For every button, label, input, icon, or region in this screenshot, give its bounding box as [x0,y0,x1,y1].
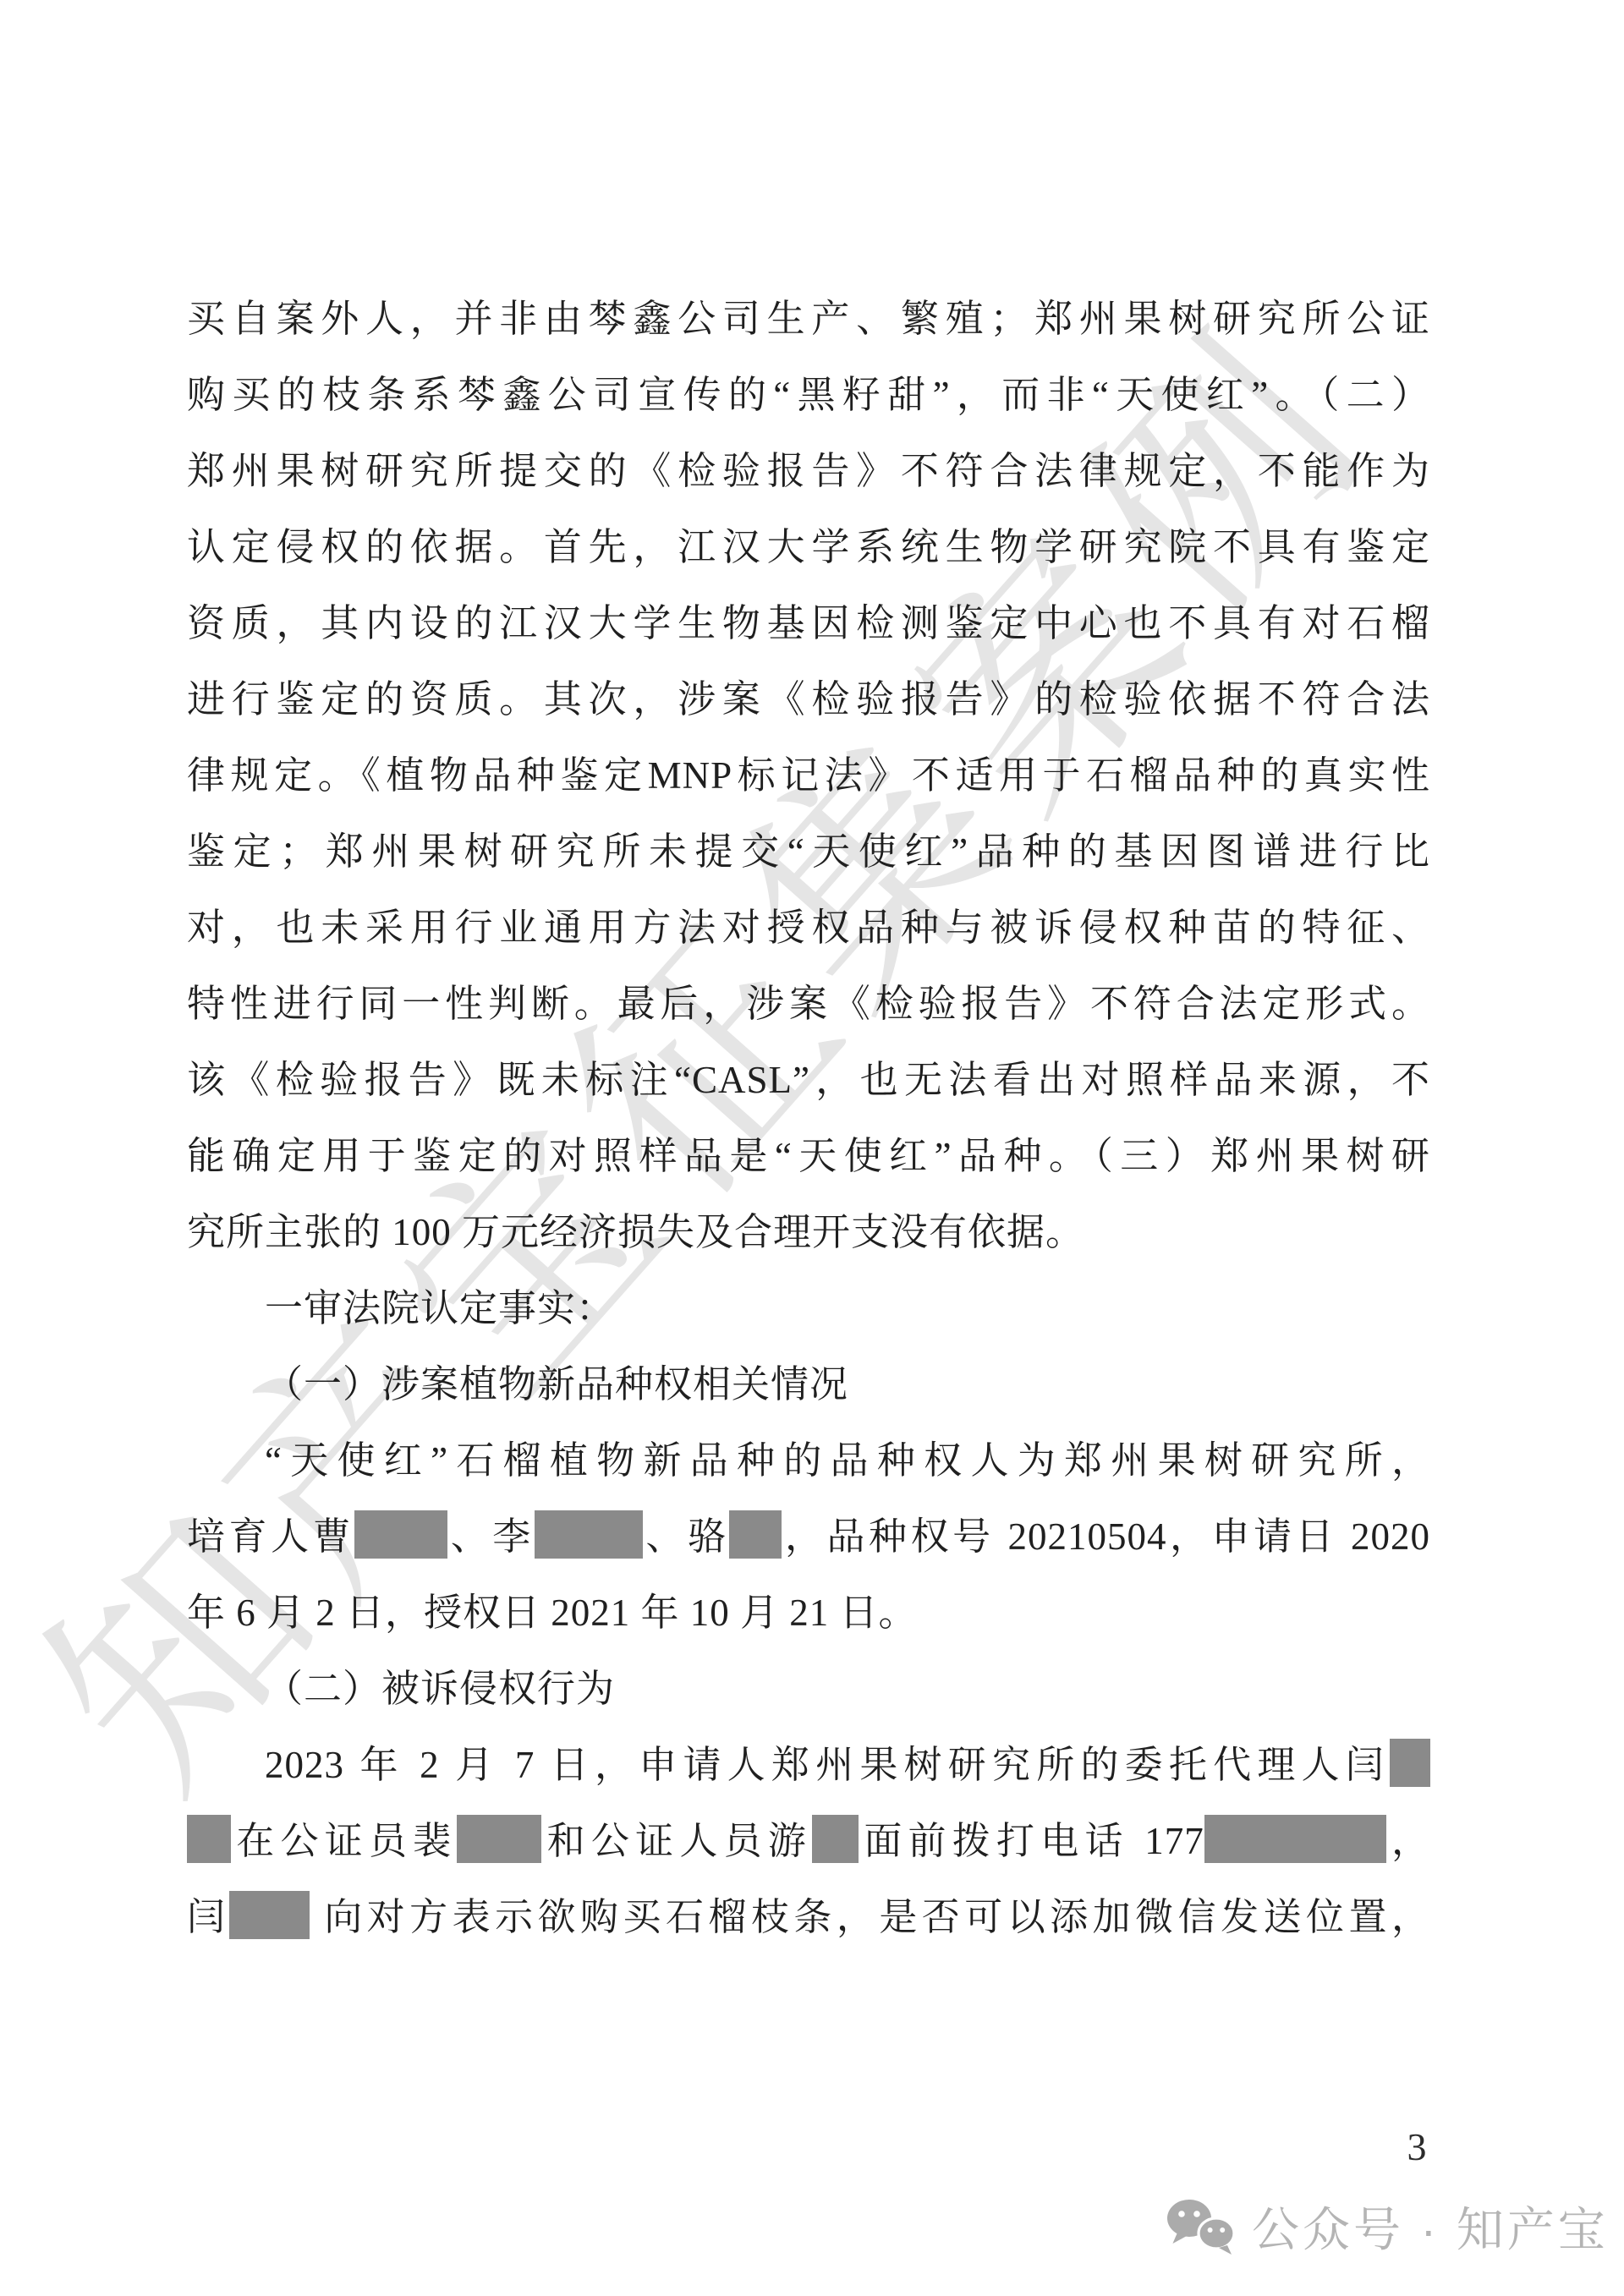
text-line: 年 6 月 2 日，授权日 2021 年 10 月 21 日。 [187,1575,1430,1651]
text-segment: ， [1386,1820,1430,1862]
redaction-box [812,1815,859,1863]
text-segment: 年 6 月 2 日，授权日 2021 年 10 月 21 日。 [187,1592,918,1634]
document-page: 知产宝征集案例 买自案外人，并非由棽鑫公司生产、繁殖；郑州果树研究所公证购买的枝… [0,0,1624,2296]
text-segment: 面前拨打电话 177 [859,1820,1204,1862]
text-segment: 、骆 [643,1515,730,1558]
text-line: 律规定。《植物品种鉴定MNP标记法》不适用于石榴品种的真实性 [187,737,1430,814]
redaction-box [187,1815,231,1863]
redaction-box [1204,1815,1386,1863]
text-segment: 究所主张的 100 万元经济损失及合理开支没有依据。 [187,1211,1084,1253]
text-segment: 该《检验报告》既未标注“CASL”，也无法看出对照样品来源，不 [187,1059,1430,1101]
text-segment: 在公证员裴 [231,1820,457,1862]
text-segment: 能确定用于鉴定的对照样品是“天使红”品种。（三）郑州果树研 [187,1135,1430,1177]
text-line: 郑州果树研究所提交的《检验报告》不符合法律规定，不能作为 [187,433,1430,509]
text-line: 2023 年 2 月 7 日，申请人郑州果树研究所的委托代理人闫 [187,1727,1430,1803]
text-segment: （一）涉案植物新品种权相关情况 [265,1363,848,1406]
footer-brand: 公众号 · 知产宝 [1166,2192,1609,2261]
text-segment: 对，也未采用行业通用方法对授权品种与被诉侵权种苗的特征、 [187,907,1430,949]
text-line: 对，也未采用行业通用方法对授权品种与被诉侵权种苗的特征、 [187,890,1430,966]
text-segment: “天使红”石榴植物新品种的品种权人为郑州果树研究所， [265,1439,1430,1482]
text-line: 购买的枝条系棽鑫公司宣传的“黑籽甜”，而非“天使红”。（二） [187,357,1430,433]
text-line: 闫 向对方表示欲购买石榴枝条，是否可以添加微信发送位置， [187,1879,1430,1955]
text-line: （二）被诉侵权行为 [187,1651,1430,1727]
redaction-box [1390,1739,1430,1787]
text-segment: （二）被诉侵权行为 [265,1668,615,1710]
text-line: “天使红”石榴植物新品种的品种权人为郑州果树研究所， [187,1422,1430,1499]
text-segment: 闫 [187,1896,229,1938]
text-segment: 鉴定；郑州果树研究所未提交“天使红”品种的基因图谱进行比 [187,830,1430,873]
text-line: （一）涉案植物新品种权相关情况 [187,1346,1430,1422]
text-line: 培育人曹、李、骆，品种权号 20210504，申请日 2020 [187,1499,1430,1575]
text-line: 在公证员裴和公证人员游面前拨打电话 177， [187,1803,1430,1879]
text-segment: 2023 年 2 月 7 日，申请人郑州果树研究所的委托代理人闫 [265,1744,1390,1786]
page-number: 3 [1387,2124,1446,2169]
redaction-box [729,1510,782,1559]
text-line: 鉴定；郑州果树研究所未提交“天使红”品种的基因图谱进行比 [187,814,1430,890]
text-line: 特性进行同一性判断。最后，涉案《检验报告》不符合法定形式。 [187,966,1430,1042]
text-line: 认定侵权的依据。首先，江汉大学系统生物学研究院不具有鉴定 [187,509,1430,585]
text-line: 进行鉴定的资质。其次，涉案《检验报告》的检验依据不符合法 [187,661,1430,737]
text-segment: 认定侵权的依据。首先，江汉大学系统生物学研究院不具有鉴定 [187,526,1430,568]
text-segment: 律规定。《植物品种鉴定MNP标记法》不适用于石榴品种的真实性 [187,754,1430,797]
text-segment: 特性进行同一性判断。最后，涉案《检验报告》不符合法定形式。 [187,983,1430,1025]
text-segment: 购买的枝条系棽鑫公司宣传的“黑籽甜”，而非“天使红”。（二） [187,374,1430,416]
text-segment: 和公证人员游 [541,1820,812,1862]
document-body: 买自案外人，并非由棽鑫公司生产、繁殖；郑州果树研究所公证购买的枝条系棽鑫公司宣传… [187,281,1430,1955]
text-segment: 、李 [447,1515,535,1558]
text-line: 一审法院认定事实： [187,1270,1430,1346]
text-segment: ，品种权号 20210504，申请日 2020 [782,1515,1430,1558]
redaction-box [229,1891,310,1939]
text-line: 资质，其内设的江汉大学生物基因检测鉴定中心也不具有对石榴 [187,585,1430,661]
text-line: 究所主张的 100 万元经济损失及合理开支没有依据。 [187,1194,1430,1270]
redaction-box [535,1510,643,1559]
text-segment: 郑州果树研究所提交的《检验报告》不符合法律规定，不能作为 [187,450,1430,492]
redaction-box [457,1815,541,1863]
text-segment: 进行鉴定的资质。其次，涉案《检验报告》的检验依据不符合法 [187,678,1430,721]
text-line: 能确定用于鉴定的对照样品是“天使红”品种。（三）郑州果树研 [187,1118,1430,1194]
text-line: 该《检验报告》既未标注“CASL”，也无法看出对照样品来源，不 [187,1042,1430,1118]
text-segment: 一审法院认定事实： [265,1287,615,1329]
wechat-icon [1166,2197,1237,2256]
text-segment: 资质，其内设的江汉大学生物基因检测鉴定中心也不具有对石榴 [187,602,1430,644]
text-segment: 买自案外人，并非由棽鑫公司生产、繁殖；郑州果树研究所公证 [187,298,1430,340]
text-segment: 向对方表示欲购买石榴枝条，是否可以添加微信发送位置， [310,1896,1430,1938]
footer-brand-text: 公众号 · 知产宝 [1252,2193,1609,2260]
text-line: 买自案外人，并非由棽鑫公司生产、繁殖；郑州果树研究所公证 [187,281,1430,357]
text-segment: 培育人曹 [187,1515,354,1558]
redaction-box [354,1510,447,1559]
